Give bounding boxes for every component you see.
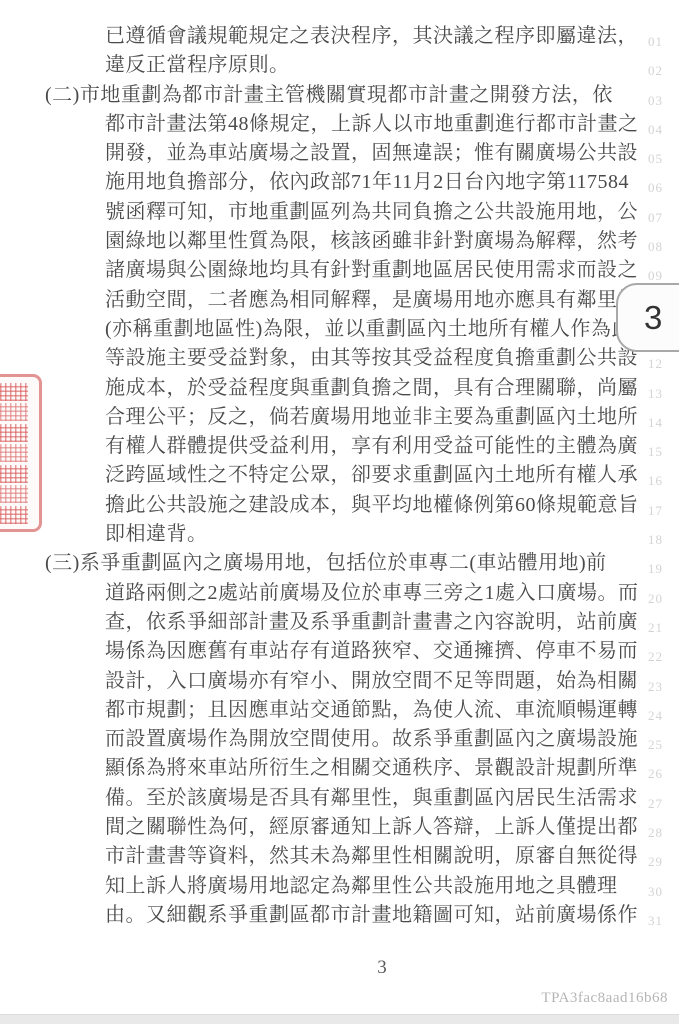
line-number: 04 [648, 123, 663, 136]
text-line: 活動空間，二者應為相同解釋，是廣場用地亦應具有鄰里性 10 [0, 286, 679, 315]
text-line: 園綠地以鄰里性質為限，核該函雖非針對廣場為解釋，然考 08 [0, 227, 679, 256]
line-number: 28 [648, 826, 663, 839]
text-line: 查，依系爭細部計畫及系爭重劃計畫書之內容說明，站前廣 21 [0, 608, 679, 637]
line-number: 02 [648, 64, 663, 77]
line-text: 號函釋可知，市地重劃區列為共同負擔之公共設施用地，公 [105, 201, 638, 223]
line-text: 而設置廣場作為開放空間使用。故系爭重劃區內之廣場設施 [105, 728, 638, 750]
text-line: 擔此公共設施之建設成本，與平均地權條例第60條規範意旨 17 [0, 491, 679, 520]
line-text: 諸廣場與公園綠地均具有針對重劃地區居民使用需求而設之 [105, 259, 638, 281]
line-text: 施用地負擔部分，依內政部71年11月2日台內地字第117584 [105, 171, 629, 193]
line-number: 16 [648, 474, 663, 487]
viewer-page-edge [0, 1014, 679, 1024]
line-number: 19 [648, 562, 663, 575]
text-line: (二)市地重劃為都市計畫主管機關實現都市計畫之開發方法，依 03 [0, 81, 679, 110]
seal-glyph-pattern [0, 485, 28, 503]
line-number: 12 [648, 357, 663, 370]
line-text: 等設施主要受益對象，由其等按其受益程度負擔重劃公共設 [105, 347, 638, 369]
line-text: 施成本，於受益程度與重劃負擔之間，具有合理關聯，尚屬 [105, 377, 638, 399]
line-text: 園綠地以鄰里性質為限，核該函雖非針對廣場為解釋，然考 [105, 230, 638, 252]
line-text: 都市規劃；且因應車站交通節點，為使人流、車流順暢運轉 [105, 699, 638, 721]
line-text: 擔此公共設施之建設成本，與平均地權條例第60條規範意旨 [105, 494, 639, 516]
line-number: 05 [648, 152, 663, 165]
official-red-seal-stamp [0, 374, 42, 532]
text-line: 知上訴人將廣場用地認定為鄰里性公共設施用地之具體理 30 [0, 872, 679, 901]
line-text: 泛跨區域性之不特定公眾，卻要求重劃區內土地所有權人承 [105, 464, 638, 486]
line-text: (二)市地重劃為都市計畫主管機關實現都市計畫之開發方法，依 [45, 84, 613, 106]
line-number: 30 [648, 885, 663, 898]
text-line: 有權人群體提供受益利用，享有利用受益可能性的主體為廣 15 [0, 432, 679, 461]
document-id: TPA3fac8aad16b68 [541, 990, 668, 1007]
line-number: 31 [648, 914, 663, 927]
line-text: 開發，並為車站廣場之設置，固無違誤；惟有關廣場公共設 [105, 142, 638, 164]
line-number: 06 [648, 181, 663, 194]
text-line: 已遵循會議規範規定之表決程序，其決議之程序即屬違法， 01 [0, 22, 679, 51]
line-text: 市計畫書等資料，然其未為鄰里性相關說明，原審自無從得 [105, 845, 638, 867]
line-number: 13 [648, 387, 663, 400]
text-line: 設計，入口廣場亦有窄小、開放空間不足等問題，始為相關 23 [0, 667, 679, 696]
line-number: 03 [648, 94, 663, 107]
line-text: 顯係為將來車站所衍生之相關交通秩序、景觀設計規劃所準 [105, 757, 638, 779]
page-indicator-tab[interactable]: 3 [616, 283, 679, 352]
seal-glyph-pattern [0, 403, 28, 421]
page-number: 3 [352, 957, 412, 979]
text-line: 等設施主要受益對象，由其等按其受益程度負擔重劃公共設 12 [0, 344, 679, 373]
seal-glyph-pattern [0, 444, 28, 462]
document-page: 已遵循會議規範規定之表決程序，其決議之程序即屬違法， 01 違反正當程序原則。 … [0, 0, 679, 1024]
line-text: 合理公平；反之，倘若廣場用地並非主要為重劃區內土地所 [105, 406, 638, 428]
line-number: 22 [648, 650, 663, 663]
line-text: 已遵循會議規範規定之表決程序，其決議之程序即屬違法， [105, 25, 638, 47]
line-text: 場係為因應舊有車站存有道路狹窄、交通擁擠、停車不易而 [105, 640, 638, 662]
line-number: 27 [648, 797, 663, 810]
text-line: 顯係為將來車站所衍生之相關交通秩序、景觀設計規劃所準 26 [0, 754, 679, 783]
line-number: 08 [648, 240, 663, 253]
seal-glyph-pattern [0, 465, 28, 483]
line-number: 14 [648, 416, 663, 429]
text-line: 合理公平；反之，倘若廣場用地並非主要為重劃區內土地所 14 [0, 403, 679, 432]
line-text: 有權人群體提供受益利用，享有利用受益可能性的主體為廣 [105, 435, 638, 457]
page-indicator-label: 3 [644, 299, 662, 337]
line-number: 09 [648, 269, 663, 282]
text-line: 間之關聯性為何，經原審通知上訴人答辯，上訴人僅提出都 28 [0, 813, 679, 842]
text-line: 場係為因應舊有車站存有道路狹窄、交通擁擠、停車不易而 22 [0, 637, 679, 666]
text-line: 由。又細觀系爭重劃區都市計畫地籍圖可知，站前廣場係作 31 [0, 901, 679, 930]
line-text: (三)系爭重劃區內之廣場用地，包括位於車專二(車站體用地)前 [45, 552, 607, 574]
line-number: 26 [648, 767, 663, 780]
text-line: 而設置廣場作為開放空間使用。故系爭重劃區內之廣場設施 25 [0, 725, 679, 754]
line-number: 17 [648, 504, 663, 517]
seal-glyph-pattern [0, 424, 28, 442]
line-number: 01 [648, 35, 663, 48]
seal-glyph-pattern [0, 383, 28, 401]
line-number: 07 [648, 211, 663, 224]
text-line: 施成本，於受益程度與重劃負擔之間，具有合理關聯，尚屬 13 [0, 374, 679, 403]
line-text: 備。至於該廣場是否具有鄰里性，與重劃區內居民生活需求 [105, 787, 638, 809]
line-number: 23 [648, 680, 663, 693]
line-text: 即相違背。 [105, 523, 208, 545]
line-number: 21 [648, 621, 663, 634]
line-number: 15 [648, 445, 663, 458]
line-number: 29 [648, 855, 663, 868]
line-text: 由。又細觀系爭重劃區都市計畫地籍圖可知，站前廣場係作 [105, 904, 638, 926]
text-line: 違反正當程序原則。 02 [0, 51, 679, 80]
judgment-body-text: 已遵循會議規範規定之表決程序，其決議之程序即屬違法， 01 違反正當程序原則。 … [0, 22, 679, 930]
text-line: 道路兩側之2處站前廣場及位於車專三旁之1處入口廣場。而 20 [0, 579, 679, 608]
line-text: 知上訴人將廣場用地認定為鄰里性公共設施用地之具體理 [105, 875, 618, 897]
line-number: 24 [648, 709, 663, 722]
line-text: 道路兩側之2處站前廣場及位於車專三旁之1處入口廣場。而 [105, 582, 639, 604]
text-line: 即相違背。 18 [0, 520, 679, 549]
text-line: (三)系爭重劃區內之廣場用地，包括位於車專二(車站體用地)前 19 [0, 549, 679, 578]
text-line: 施用地負擔部分，依內政部71年11月2日台內地字第117584 06 [0, 168, 679, 197]
line-text: 間之關聯性為何，經原審通知上訴人答辯，上訴人僅提出都 [105, 816, 638, 838]
line-text: 活動空間，二者應為相同解釋，是廣場用地亦應具有鄰里性 [105, 289, 638, 311]
text-line: 開發，並為車站廣場之設置，固無違誤；惟有關廣場公共設 05 [0, 139, 679, 168]
line-number: 18 [648, 533, 663, 546]
text-line: 泛跨區域性之不特定公眾，卻要求重劃區內土地所有權人承 16 [0, 461, 679, 490]
line-text: 都市計畫法第48條規定，上訴人以市地重劃進行都市計畫之 [105, 113, 639, 135]
text-line: 諸廣場與公園綠地均具有針對重劃地區居民使用需求而設之 09 [0, 256, 679, 285]
line-text: 設計，入口廣場亦有窄小、開放空間不足等問題，始為相關 [105, 670, 638, 692]
text-line: 都市計畫法第48條規定，上訴人以市地重劃進行都市計畫之 04 [0, 110, 679, 139]
line-number: 25 [648, 738, 663, 751]
text-line: (亦稱重劃地區性)為限，並以重劃區內土地所有權人作為此 11 [0, 315, 679, 344]
seal-glyph-pattern [0, 506, 28, 524]
line-text: (亦稱重劃地區性)為限，並以重劃區內土地所有權人作為此 [105, 318, 632, 340]
text-line: 號函釋可知，市地重劃區列為共同負擔之公共設施用地，公 07 [0, 198, 679, 227]
line-text: 違反正當程序原則。 [105, 54, 290, 76]
text-line: 都市規劃；且因應車站交通節點，為使人流、車流順暢運轉 24 [0, 696, 679, 725]
text-line: 市計畫書等資料，然其未為鄰里性相關說明，原審自無從得 29 [0, 842, 679, 871]
line-text: 查，依系爭細部計畫及系爭重劃計畫書之內容說明，站前廣 [105, 611, 638, 633]
text-line: 備。至於該廣場是否具有鄰里性，與重劃區內居民生活需求 27 [0, 784, 679, 813]
line-number: 20 [648, 592, 663, 605]
